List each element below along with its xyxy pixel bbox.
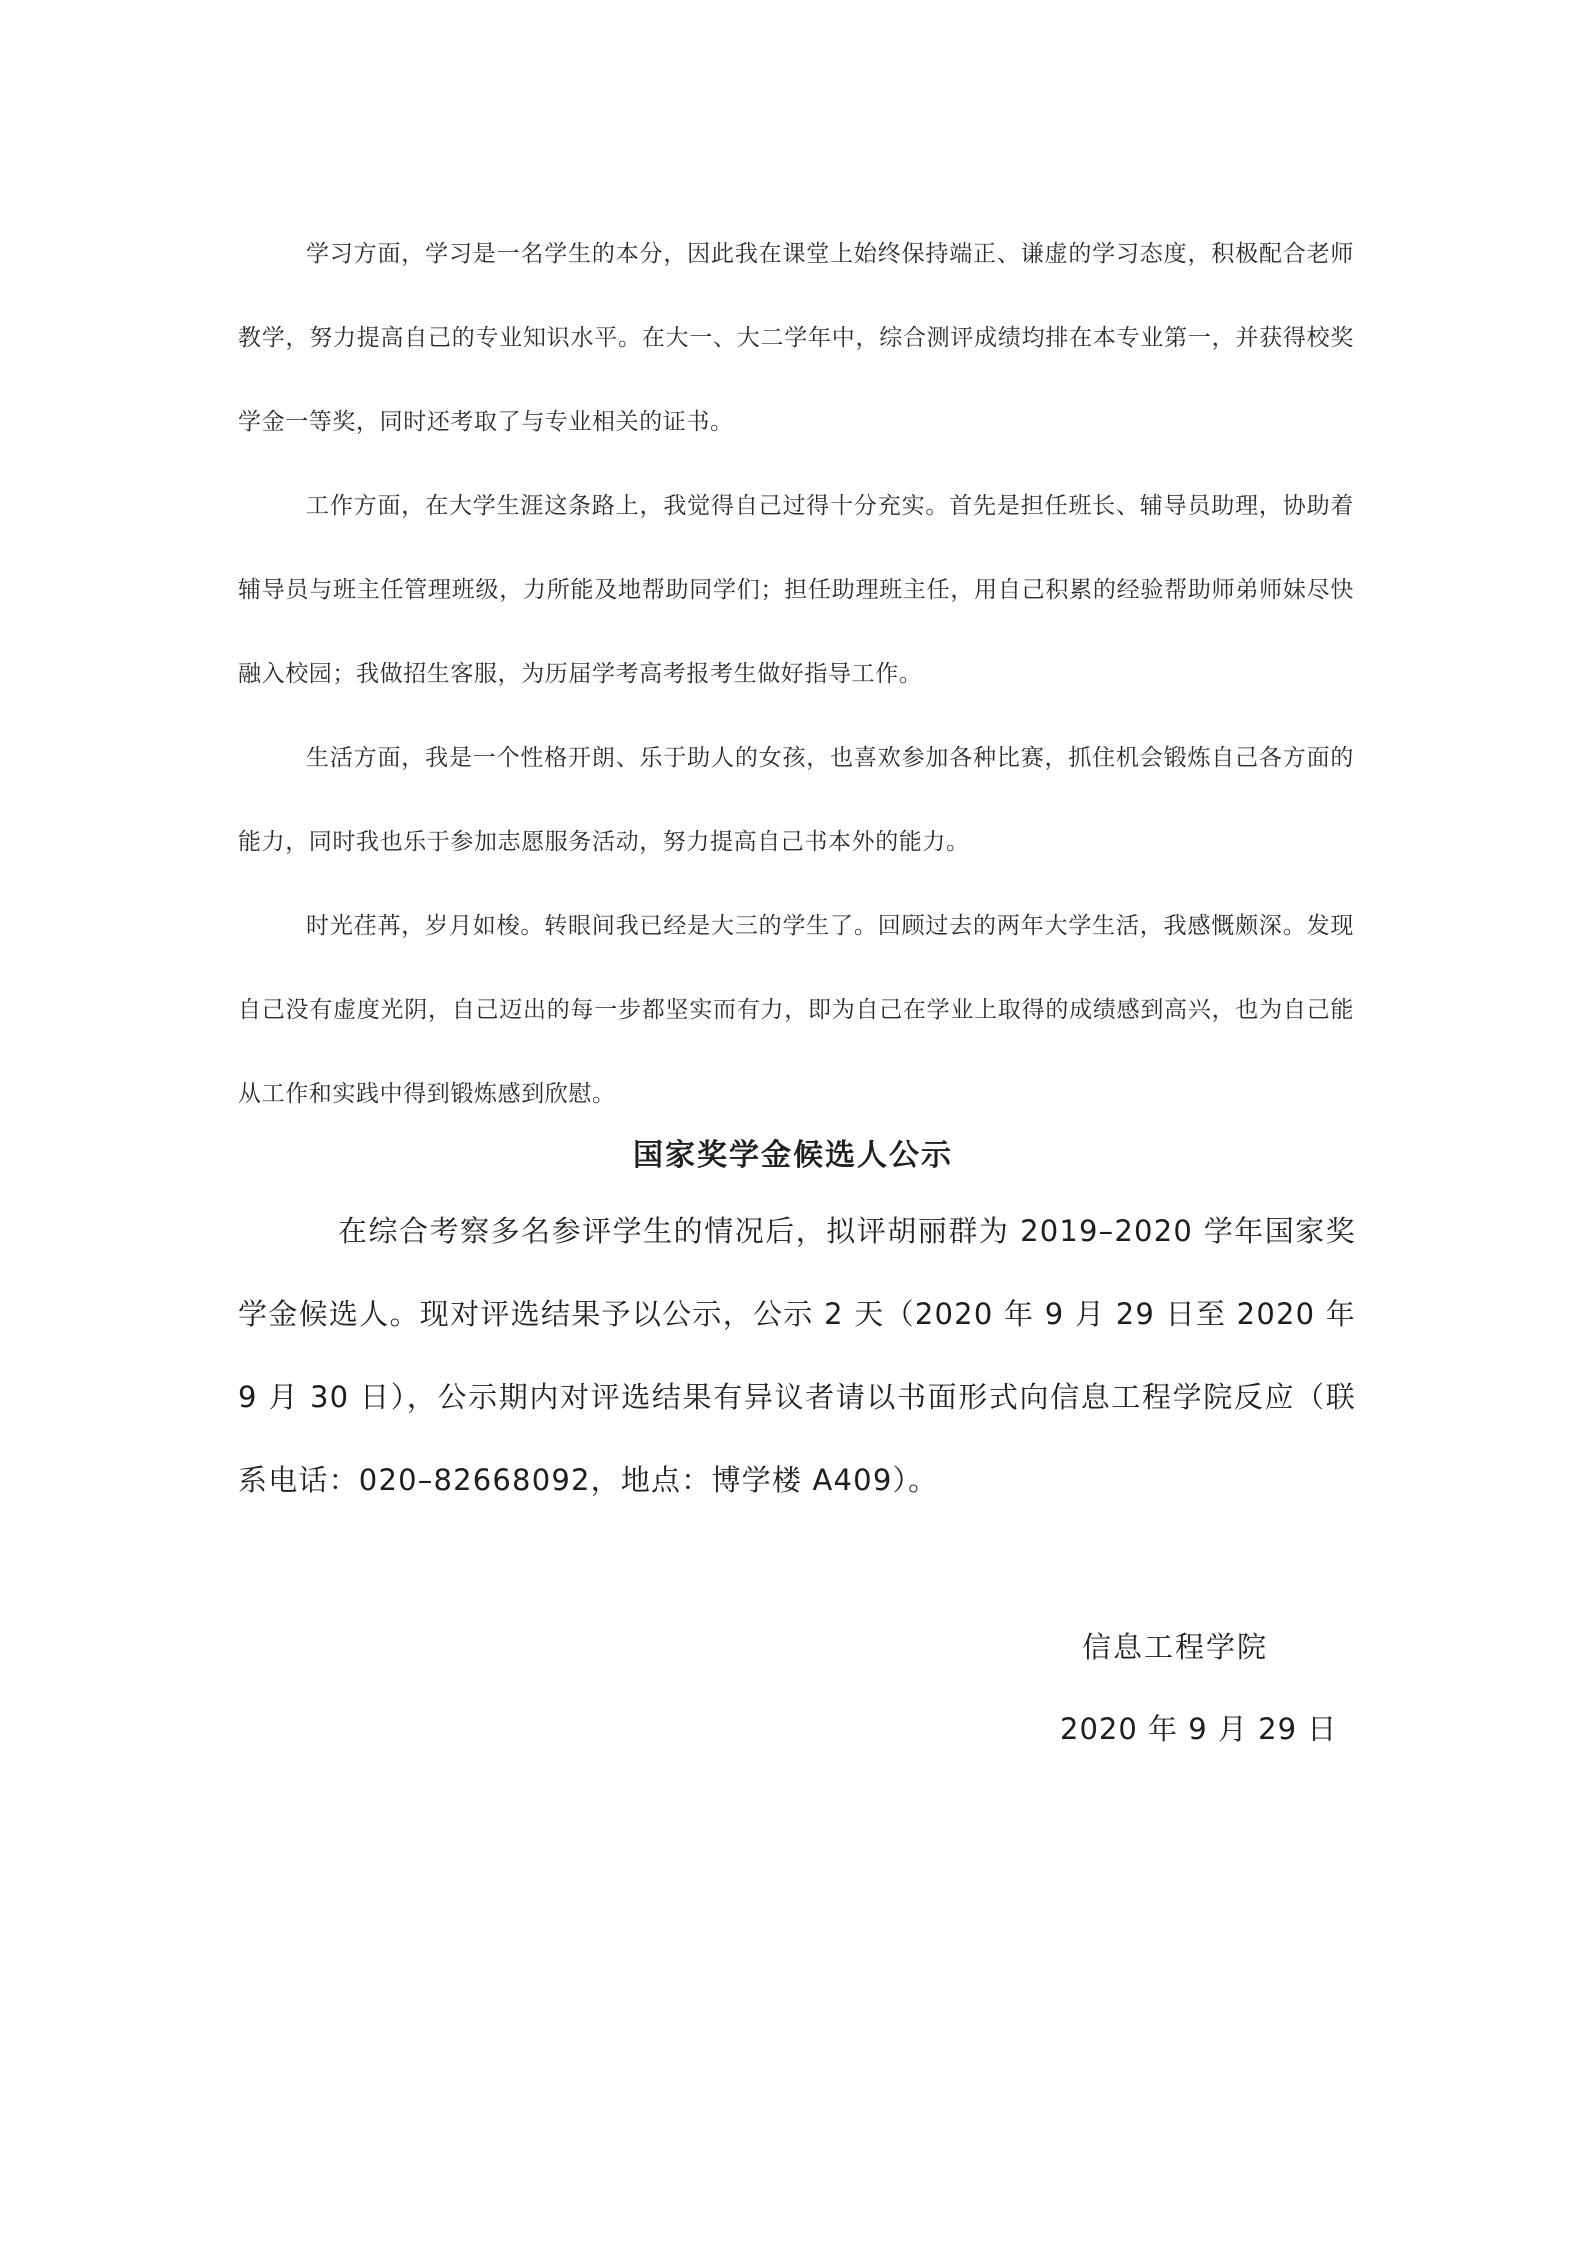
paragraph-study: 学习方面，学习是一名学生的本分，因此我在课堂上始终保持端正、谦虚的学习态度，积极…	[238, 212, 1354, 464]
notice-title: 国家奖学金候选人公示	[0, 1130, 1586, 1174]
document-page: 学习方面，学习是一名学生的本分，因此我在课堂上始终保持端正、谦虚的学习态度，积极…	[0, 0, 1586, 2244]
notice-section: 在综合考察多名参评学生的情况后，拟评胡丽群为 2019–2020 学年国家奖学金…	[238, 1190, 1356, 1522]
notice-body: 在综合考察多名参评学生的情况后，拟评胡丽群为 2019–2020 学年国家奖学金…	[238, 1190, 1356, 1522]
paragraph-life: 生活方面，我是一个性格开朗、乐于助人的女孩，也喜欢参加各种比赛，抓住机会锻炼自己…	[238, 716, 1354, 884]
paragraph-work: 工作方面，在大学生涯这条路上，我觉得自己过得十分充实。首先是担任班长、辅导员助理…	[238, 464, 1354, 716]
signature-date: 2020 年 9 月 29 日	[1060, 1707, 1337, 1748]
signature-organization: 信息工程学院	[1082, 1625, 1268, 1666]
paragraph-reflection: 时光荏苒，岁月如梭。转眼间我已经是大三的学生了。回顾过去的两年大学生活，我感慨颇…	[238, 884, 1354, 1136]
personal-statement: 学习方面，学习是一名学生的本分，因此我在课堂上始终保持端正、谦虚的学习态度，积极…	[238, 212, 1354, 1136]
